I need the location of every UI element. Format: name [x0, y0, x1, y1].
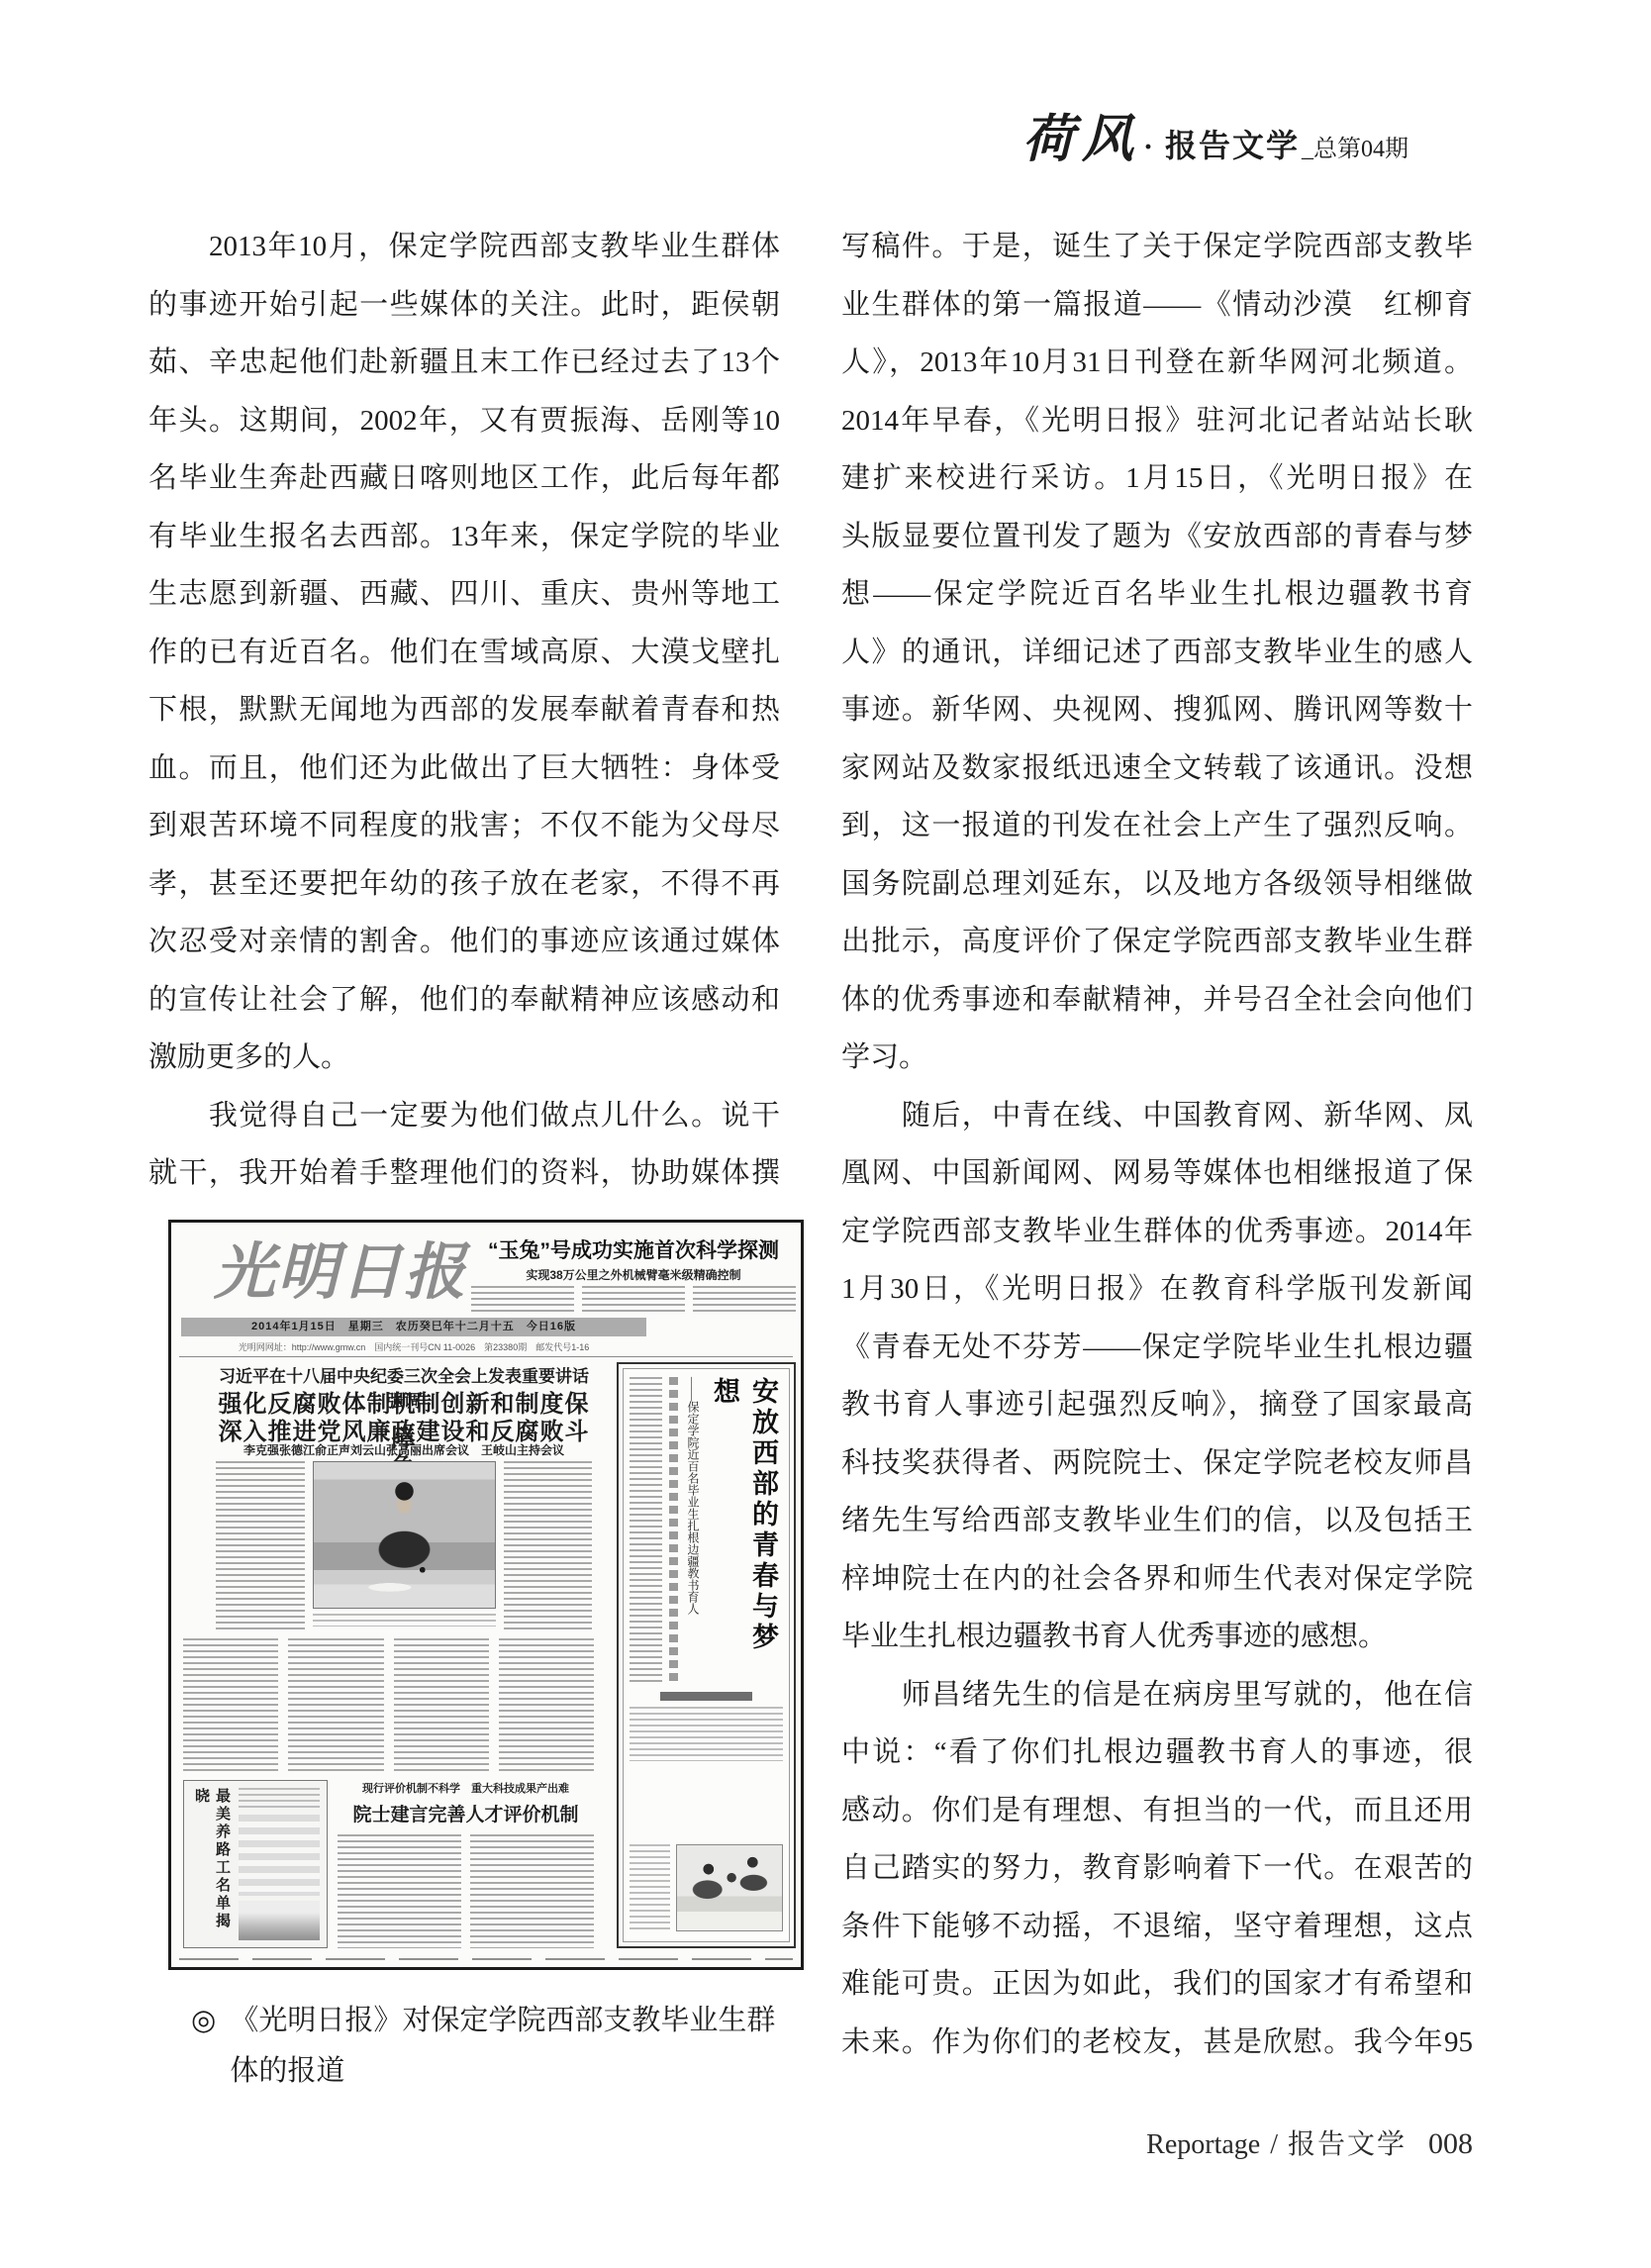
text-line: 生志愿到新疆、西藏、四川、重庆、贵州等地工: [148, 565, 780, 624]
footer-page-number: 008: [1428, 2127, 1473, 2161]
text-line: 有毕业生报名去西部。13年来，保定学院的毕业: [148, 508, 780, 566]
magazine-header: 荷风 · 报告文学 _总第04期: [1022, 97, 1408, 171]
text-line: 未来。作为你们的老校友，甚是欣慰。我今年95: [841, 2014, 1473, 2072]
newspaper-date-bar: 2014年1月15日 星期三 农历癸巳年十二月十五 今日16版: [181, 1318, 646, 1336]
text-line: 年头。这期间，2002年，又有贾振海、岳刚等10: [148, 392, 780, 450]
caption-line-1: 《光明日报》对保定学院西部支教毕业生群: [230, 2005, 775, 2036]
text-line: 教书育人事迹引起强烈反响》，摘登了国家最高: [841, 1376, 1473, 1434]
sidebar-middle: [630, 1692, 783, 1761]
text-line: 1月30日，《光明日报》在教育科学版刊发新闻: [841, 1260, 1473, 1319]
text-line: 人》的通讯，详细记述了西部支教毕业生的感人: [841, 624, 1473, 682]
simulated-text-column: [338, 1834, 461, 1948]
simulated-text-column: [288, 1638, 383, 1773]
academician-kicker: 现行评价机制不科学 重大科技成果产出难: [338, 1780, 594, 1796]
text-line: 茹、辛忠起他们赴新疆且末工作已经过去了13个: [148, 334, 780, 392]
text-line: 学习。: [841, 1029, 1473, 1087]
text-line: 我觉得自己一定要为他们做点儿什么。说干: [148, 1087, 780, 1145]
text-line: 到艰苦环境不同程度的戕害；不仅不能为父母尽: [148, 797, 780, 855]
text-line: 家网站及数家报纸迅速全文转载了该通讯。没想: [841, 740, 1473, 798]
students-family-photo: [676, 1844, 783, 1931]
landscape-photo: [239, 1901, 320, 1940]
text-line: 师昌绪先生的信是在病房里写就的，他在信: [841, 1666, 1473, 1725]
newspaper-top-headline: “玉兔”号成功实施首次科学探测: [471, 1234, 796, 1264]
page-footer: Reportage / 报告文学 008: [1146, 2122, 1473, 2162]
text-line: 激励更多的人。: [148, 1029, 780, 1087]
simulated-text-column: [394, 1638, 489, 1773]
text-line: 写稿件。于是，诞生了关于保定学院西部支教毕: [841, 218, 1473, 276]
sidebar-author-line: [669, 1377, 678, 1682]
text-line: 就干，我开始着手整理他们的资料，协助媒体撰: [148, 1144, 780, 1203]
text-line: 2014年早春，《光明日报》驻河北记者站站长耿: [841, 392, 1473, 450]
text-line: 次忍受对亲情的割舍。他们的事迹应该通过媒体: [148, 913, 780, 971]
newspaper-footer-line: [179, 1954, 793, 1963]
simulated-text-column: [499, 1638, 594, 1773]
caption-text: 《光明日报》对保定学院西部支教毕业生群 体的报道: [230, 1996, 775, 2097]
text-line: 头版显要位置刊发了题为《安放西部的青春与梦: [841, 508, 1473, 566]
text-line: 国务院副总理刘延东，以及地方各级领导相继做: [841, 855, 1473, 914]
text-line: 体的优秀事迹和奉献精神，并号召全社会向他们: [841, 971, 1473, 1030]
text-line: 人》，2013年10月31日刊登在新华网河北频道。: [841, 334, 1473, 392]
simulated-text-column: [582, 1286, 685, 1314]
footer-section-zh: 报告文学: [1288, 2122, 1407, 2162]
text-line: 名毕业生奔赴西藏日喀则地区工作，此后每年都: [148, 449, 780, 508]
lead-article-body: [216, 1461, 592, 1631]
text-line: 条件下能够不动摇，不退缩，坚守着理想，这点: [841, 1898, 1473, 1956]
name-list-stripes: [239, 1815, 320, 1896]
left-text-column: 2013年10月，保定学院西部支教毕业生群体的事迹开始引起一些媒体的关注。此时，…: [148, 218, 780, 1203]
simulated-text-block: [630, 1707, 783, 1761]
text-line: 想——保定学院近百名毕业生扎根边疆教书育: [841, 565, 1473, 624]
text-line: 毕业生扎根边疆教书育人优秀事迹的感想。: [841, 1608, 1473, 1666]
issue-number: _总第04期: [1302, 129, 1408, 163]
text-line: 建扩来校进行采访。1月15日，《光明日报》在: [841, 449, 1473, 508]
text-line: 事迹。新华网、央视网、搜狐网、腾讯网等数十: [841, 681, 1473, 740]
footer-separator: /: [1270, 2129, 1278, 2161]
text-line: 科技奖获得者、两院院士、保定学院老校友师昌: [841, 1434, 1473, 1493]
text-line: 《青春无处不芬芳——保定学院毕业生扎根边疆: [841, 1319, 1473, 1377]
text-line: 中说：“看了你们扎根边疆教书育人的事迹，很: [841, 1724, 1473, 1782]
text-line: 2013年10月，保定学院西部支教毕业生群体: [148, 218, 780, 276]
text-line: 下根，默默无闻地为西部的发展奉献着青春和热: [148, 681, 780, 740]
newspaper-bottom-section: 最美养路工名单揭晓 现行评价机制不科学 重大科技成果产出难 院士建言完善人才评价…: [183, 1780, 594, 1948]
newspaper-image: 光明日报 “玉兔”号成功实施首次科学探测 实现38万公里之外机械臂毫米级精确控制…: [168, 1220, 804, 1970]
road-workers-content: [239, 1788, 320, 1940]
caption-marker: ◎: [191, 1996, 216, 2097]
academician-article: 现行评价机制不科学 重大科技成果产出难 院士建言完善人才评价机制: [338, 1780, 594, 1948]
simulated-text-column: [693, 1286, 796, 1314]
caption-line-2: 体的报道: [230, 2055, 344, 2087]
text-line: 随后，中青在线、中国教育网、新华网、凤: [841, 1087, 1473, 1145]
newspaper-rule: [179, 1356, 793, 1357]
lead-photo-block: [313, 1461, 496, 1631]
sidebar-title: 安放西部的青春与梦想: [706, 1377, 783, 1682]
simulated-text-column: [183, 1638, 278, 1773]
newspaper-top-subhead: 实现38万公里之外机械臂毫米级精确控制: [471, 1266, 796, 1283]
simulated-text-column: [471, 1286, 574, 1314]
text-line: 的事迹开始引起一些媒体的关注。此时，距侯朝: [148, 276, 780, 335]
right-text-column: 写稿件。于是，诞生了关于保定学院西部支教毕业生群体的第一篇报道——《情动沙漠 红…: [841, 218, 1473, 2071]
academician-body: [338, 1834, 594, 1948]
magazine-logo: 荷风: [1022, 97, 1141, 171]
road-workers-box: 最美养路工名单揭晓: [183, 1780, 328, 1948]
text-line: 凰网、中国新闻网、网易等媒体也相继报道了保: [841, 1144, 1473, 1203]
sidebar-inner: ——保定学院近百名毕业生扎根边疆教书育人 安放西部的青春与梦想: [623, 1368, 790, 1942]
text-line: 孝，甚至还要把年幼的孩子放在老家，不得不再: [148, 855, 780, 914]
simulated-text-block: [239, 1788, 320, 1810]
sidebar-top: ——保定学院近百名毕业生扎根边疆教书育人 安放西部的青春与梦想: [630, 1377, 783, 1682]
simulated-text-column: [504, 1461, 593, 1631]
simulated-text-column: [216, 1461, 305, 1631]
simulated-text-column: [630, 1844, 670, 1933]
text-line: 感动。你们是有理想、有担当的一代，而且还用: [841, 1782, 1473, 1840]
sidebar-subtitle: ——保定学院近百名毕业生扎根边疆教书育人: [685, 1377, 699, 1682]
lead-article-body-lower: [183, 1638, 594, 1773]
text-line: 业生群体的第一篇报道——《情动沙漠 红柳育: [841, 276, 1473, 335]
section-title: 报告文学: [1165, 121, 1300, 166]
xi-jinping-photo: [313, 1461, 496, 1609]
simulated-text-column: [470, 1834, 594, 1948]
photo-caption-simulated: [313, 1614, 496, 1627]
text-line: 血。而且，他们还为此做出了巨大牺牲：身体受: [148, 740, 780, 798]
text-line: 难能可贵。正因为如此，我们的国家才有希望和: [841, 1955, 1473, 2014]
sidebar-section-bar: [660, 1692, 752, 1701]
newspaper-top-text-columns: [471, 1286, 796, 1314]
text-line: 梓坤院士在内的社会各界和师生代表对保定学院: [841, 1550, 1473, 1609]
text-line: 作的已有近百名。他们在雪域高原、大漠戈壁扎: [148, 624, 780, 682]
magazine-page: { "header": { "script": "荷风", "dot": "·"…: [0, 0, 1651, 2268]
footer-section-en: Reportage: [1146, 2129, 1260, 2161]
text-line: 绪先生写给西部支教毕业生们的信，以及包括王: [841, 1492, 1473, 1550]
newspaper-info-line: 光明网网址：http://www.gmw.cn 国内统一刊号CN 11-0026…: [181, 1340, 646, 1352]
text-line: 定学院西部支教毕业生群体的优秀事迹。2014年: [841, 1203, 1473, 1261]
header-dot-separator: ·: [1143, 131, 1153, 164]
text-line: 到，这一报道的刊发在社会上产生了强烈反响。: [841, 797, 1473, 855]
academician-headline: 院士建言完善人才评价机制: [338, 1800, 594, 1826]
text-line: 自己踏实的努力，教育影响着下一代。在艰苦的: [841, 1839, 1473, 1898]
sidebar-bottom: [630, 1844, 783, 1933]
sidebar-article-box: ——保定学院近百名毕业生扎根边疆教书育人 安放西部的青春与梦想: [617, 1362, 796, 1948]
simulated-text-column: [630, 1377, 662, 1682]
road-workers-title: 最美养路工名单揭晓: [191, 1788, 233, 1940]
text-line: 出批示，高度评价了保定学院西部支教毕业生群: [841, 913, 1473, 971]
text-line: 的宣传让社会了解，他们的奉献精神应该感动和: [148, 971, 780, 1030]
newspaper-masthead: 光明日报: [211, 1233, 470, 1312]
image-caption: ◎ 《光明日报》对保定学院西部支教毕业生群 体的报道: [191, 1996, 805, 2097]
lead-byline: 李克强张德江俞正声刘云山张高丽出席会议 王岐山主持会议: [211, 1441, 597, 1458]
